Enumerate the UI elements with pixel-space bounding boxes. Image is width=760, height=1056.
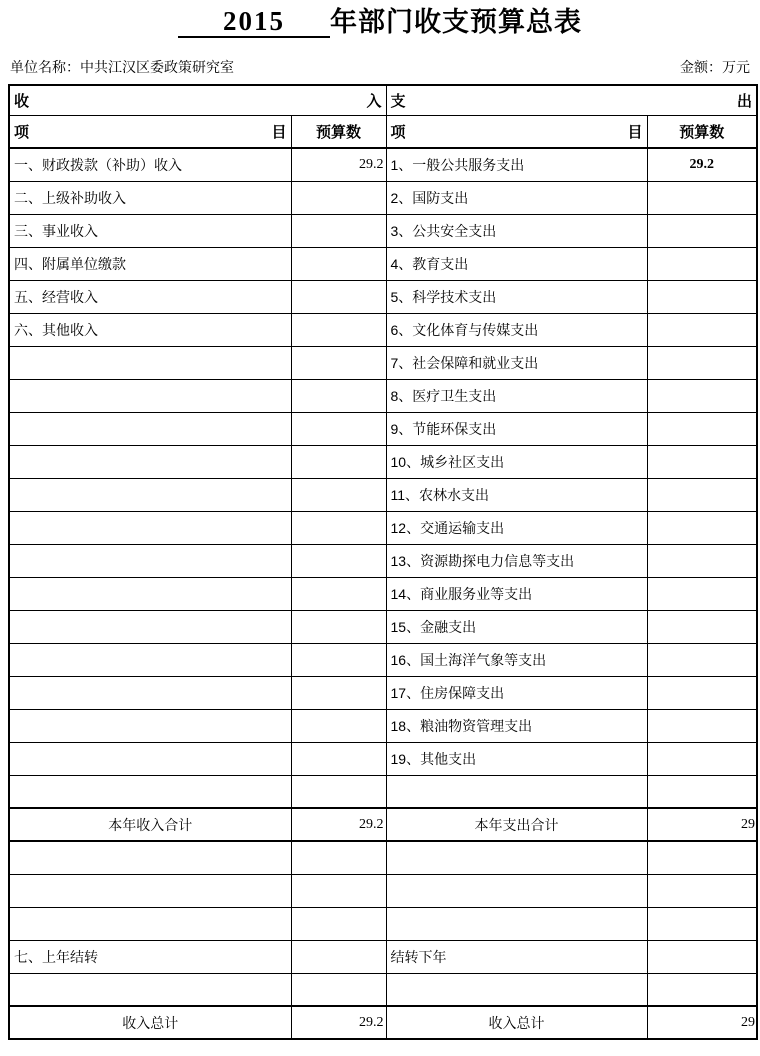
income-budget-cell: [291, 973, 386, 1006]
table-row: 15、金融支出: [9, 610, 757, 643]
expense-budget-cell: [647, 214, 757, 247]
item-header-last-char: 目: [627, 121, 642, 142]
table-row: 9、节能环保支出: [9, 412, 757, 445]
expense-item-cell: 18、粮油物资管理支出: [386, 709, 647, 742]
income-item-cell: 二、上级补助收入: [9, 181, 291, 214]
income-item-cell: [9, 907, 291, 940]
expense-budget-cell: [647, 511, 757, 544]
income-budget-cell: 29.2: [291, 148, 386, 181]
income-item-cell: [9, 511, 291, 544]
amount-unit-note: 金额：万元: [680, 58, 750, 76]
expense-item-cell: 5、科学技术支出: [386, 280, 647, 313]
table-row: 16、国土海洋气象等支出: [9, 643, 757, 676]
expense-budget-cell: [647, 313, 757, 346]
expense-item-cell: [386, 874, 647, 907]
table-row: 7、社会保障和就业支出: [9, 346, 757, 379]
expense-item-cell: 4、教育支出: [386, 247, 647, 280]
income-header-last-char: 入: [366, 90, 381, 111]
expense-item-cell: 7、社会保障和就业支出: [386, 346, 647, 379]
table-row: 11、农林水支出: [9, 478, 757, 511]
income-budget-cell: [291, 478, 386, 511]
unit-name-line: 单位名称：中共江汉区委政策研究室: [10, 58, 234, 76]
income-budget-cell: 29.2: [291, 808, 386, 841]
income-budget-column-header: 预算数: [291, 115, 386, 148]
income-budget-cell: 29.2: [291, 1006, 386, 1039]
expense-item-cell: 9、节能环保支出: [386, 412, 647, 445]
income-item-cell: 三、事业收入: [9, 214, 291, 247]
income-budget-cell: [291, 841, 386, 874]
meta-line: 单位名称：中共江汉区委政策研究室 金额：万元: [10, 58, 750, 76]
table-row: 二、上级补助收入2、国防支出: [9, 181, 757, 214]
expense-budget-cell: [647, 742, 757, 775]
income-item-cell: 五、经营收入: [9, 280, 291, 313]
income-budget-cell: [291, 346, 386, 379]
table-row: [9, 907, 757, 940]
income-item-cell: [9, 643, 291, 676]
income-budget-cell: [291, 907, 386, 940]
table-row: [9, 841, 757, 874]
table-row: 收入总计29.2收入总计29: [9, 1006, 757, 1039]
budget-table: 收 入 支 出 项 目 预算数 项: [8, 84, 758, 1040]
expense-budget-cell: [647, 181, 757, 214]
income-budget-cell: [291, 544, 386, 577]
income-item-cell: [9, 775, 291, 808]
title-year: 2015: [223, 6, 285, 36]
table-row: [9, 973, 757, 1006]
page-title: 2015年部门收支预算总表: [0, 6, 760, 38]
expense-item-cell: 12、交通运输支出: [386, 511, 647, 544]
income-item-cell: [9, 874, 291, 907]
table-row: [9, 775, 757, 808]
expense-budget-cell: 29: [647, 1006, 757, 1039]
expense-budget-cell: [647, 973, 757, 1006]
expense-budget-cell: [647, 874, 757, 907]
income-budget-cell: [291, 280, 386, 313]
income-item-cell: [9, 577, 291, 610]
column-header-row: 项 目 预算数 项 目 预算数: [9, 115, 757, 148]
table-row: [9, 874, 757, 907]
item-header-first-char: 项: [391, 121, 406, 142]
expense-budget-cell: [647, 544, 757, 577]
table-row: 三、事业收入3、公共安全支出: [9, 214, 757, 247]
income-item-cell: [9, 544, 291, 577]
expense-budget-cell: [647, 841, 757, 874]
title-year-underline: 2015: [178, 6, 330, 38]
expense-budget-cell: [647, 676, 757, 709]
expense-budget-cell: [647, 280, 757, 313]
expense-item-cell: 8、医疗卫生支出: [386, 379, 647, 412]
income-section-header: 收 入: [9, 85, 386, 115]
expense-item-cell: 11、农林水支出: [386, 478, 647, 511]
income-budget-cell: [291, 874, 386, 907]
table-row: 14、商业服务业等支出: [9, 577, 757, 610]
expense-budget-cell: [647, 445, 757, 478]
income-budget-cell: [291, 379, 386, 412]
expense-item-cell: 17、住房保障支出: [386, 676, 647, 709]
expense-item-cell: 15、金融支出: [386, 610, 647, 643]
table-row: 18、粮油物资管理支出: [9, 709, 757, 742]
item-header-last-char: 目: [271, 121, 286, 142]
income-item-cell: [9, 676, 291, 709]
expense-item-cell: [386, 775, 647, 808]
expense-item-cell: 14、商业服务业等支出: [386, 577, 647, 610]
income-item-cell: [9, 610, 291, 643]
expense-budget-cell: [647, 478, 757, 511]
income-item-cell: [9, 445, 291, 478]
income-item-cell: 四、附属单位缴款: [9, 247, 291, 280]
table-row: 8、医疗卫生支出: [9, 379, 757, 412]
expense-item-cell: [386, 841, 647, 874]
expense-item-cell: 1、一般公共服务支出: [386, 148, 647, 181]
income-item-cell: [9, 412, 291, 445]
expense-item-cell: 19、其他支出: [386, 742, 647, 775]
income-item-cell: 一、财政拨款（补助）收入: [9, 148, 291, 181]
table-row: 17、住房保障支出: [9, 676, 757, 709]
income-item-cell: 收入总计: [9, 1006, 291, 1039]
income-budget-cell: [291, 940, 386, 973]
income-item-cell: [9, 973, 291, 1006]
income-budget-cell: [291, 676, 386, 709]
expense-budget-cell: [647, 247, 757, 280]
expense-item-cell: 收入总计: [386, 1006, 647, 1039]
expense-budget-cell: [647, 577, 757, 610]
income-budget-cell: [291, 709, 386, 742]
income-budget-cell: [291, 313, 386, 346]
income-budget-cell: [291, 511, 386, 544]
income-item-cell: [9, 841, 291, 874]
table-row: 本年收入合计29.2本年支出合计29: [9, 808, 757, 841]
income-budget-cell: [291, 610, 386, 643]
unit-name-label: 单位名称：: [10, 59, 80, 75]
expense-budget-cell: [647, 940, 757, 973]
income-item-cell: [9, 478, 291, 511]
income-item-column-header: 项 目: [9, 115, 291, 148]
expense-section-header: 支 出: [386, 85, 757, 115]
table-body: 一、财政拨款（补助）收入29.21、一般公共服务支出29.2二、上级补助收入2、…: [9, 148, 757, 1039]
income-budget-cell: [291, 214, 386, 247]
table-row: 19、其他支出: [9, 742, 757, 775]
income-budget-cell: [291, 412, 386, 445]
income-budget-cell: [291, 577, 386, 610]
expense-budget-cell: [647, 346, 757, 379]
income-header-first-char: 收: [14, 90, 29, 111]
table-row: 10、城乡社区支出: [9, 445, 757, 478]
table-row: 13、资源勘探电力信息等支出: [9, 544, 757, 577]
expense-budget-cell: [647, 709, 757, 742]
title-text: 年部门收支预算总表: [330, 7, 582, 37]
income-budget-cell: [291, 445, 386, 478]
section-header-row: 收 入 支 出: [9, 85, 757, 115]
expense-budget-cell: [647, 643, 757, 676]
income-budget-cell: [291, 247, 386, 280]
expense-budget-column-header: 预算数: [647, 115, 757, 148]
income-item-cell: [9, 742, 291, 775]
expense-header-last-char: 出: [737, 90, 752, 111]
expense-item-column-header: 项 目: [386, 115, 647, 148]
expense-item-cell: 16、国土海洋气象等支出: [386, 643, 647, 676]
expense-item-cell: [386, 973, 647, 1006]
income-budget-cell: [291, 775, 386, 808]
expense-budget-cell: [647, 907, 757, 940]
expense-budget-cell: [647, 775, 757, 808]
expense-item-cell: 10、城乡社区支出: [386, 445, 647, 478]
table-row: 四、附属单位缴款4、教育支出: [9, 247, 757, 280]
expense-budget-cell: [647, 379, 757, 412]
expense-budget-cell: [647, 610, 757, 643]
expense-item-cell: 2、国防支出: [386, 181, 647, 214]
income-budget-cell: [291, 643, 386, 676]
income-item-cell: [9, 709, 291, 742]
income-budget-cell: [291, 181, 386, 214]
table-row: 五、经营收入5、科学技术支出: [9, 280, 757, 313]
expense-budget-cell: [647, 412, 757, 445]
income-item-cell: 六、其他收入: [9, 313, 291, 346]
expense-item-cell: 本年支出合计: [386, 808, 647, 841]
expense-budget-cell: 29: [647, 808, 757, 841]
expense-item-cell: 结转下年: [386, 940, 647, 973]
income-budget-cell: [291, 742, 386, 775]
expense-budget-cell: 29.2: [647, 148, 757, 181]
unit-name-value: 中共江汉区委政策研究室: [80, 59, 234, 75]
expense-item-cell: 13、资源勘探电力信息等支出: [386, 544, 647, 577]
table-row: 六、其他收入6、文化体育与传媒支出: [9, 313, 757, 346]
expense-item-cell: [386, 907, 647, 940]
expense-header-first-char: 支: [391, 90, 406, 111]
item-header-first-char: 项: [14, 121, 29, 142]
table-row: 七、上年结转结转下年: [9, 940, 757, 973]
table-row: 一、财政拨款（补助）收入29.21、一般公共服务支出29.2: [9, 148, 757, 181]
income-item-cell: 本年收入合计: [9, 808, 291, 841]
income-item-cell: 七、上年结转: [9, 940, 291, 973]
income-item-cell: [9, 379, 291, 412]
expense-item-cell: 6、文化体育与传媒支出: [386, 313, 647, 346]
table-row: 12、交通运输支出: [9, 511, 757, 544]
income-item-cell: [9, 346, 291, 379]
expense-item-cell: 3、公共安全支出: [386, 214, 647, 247]
